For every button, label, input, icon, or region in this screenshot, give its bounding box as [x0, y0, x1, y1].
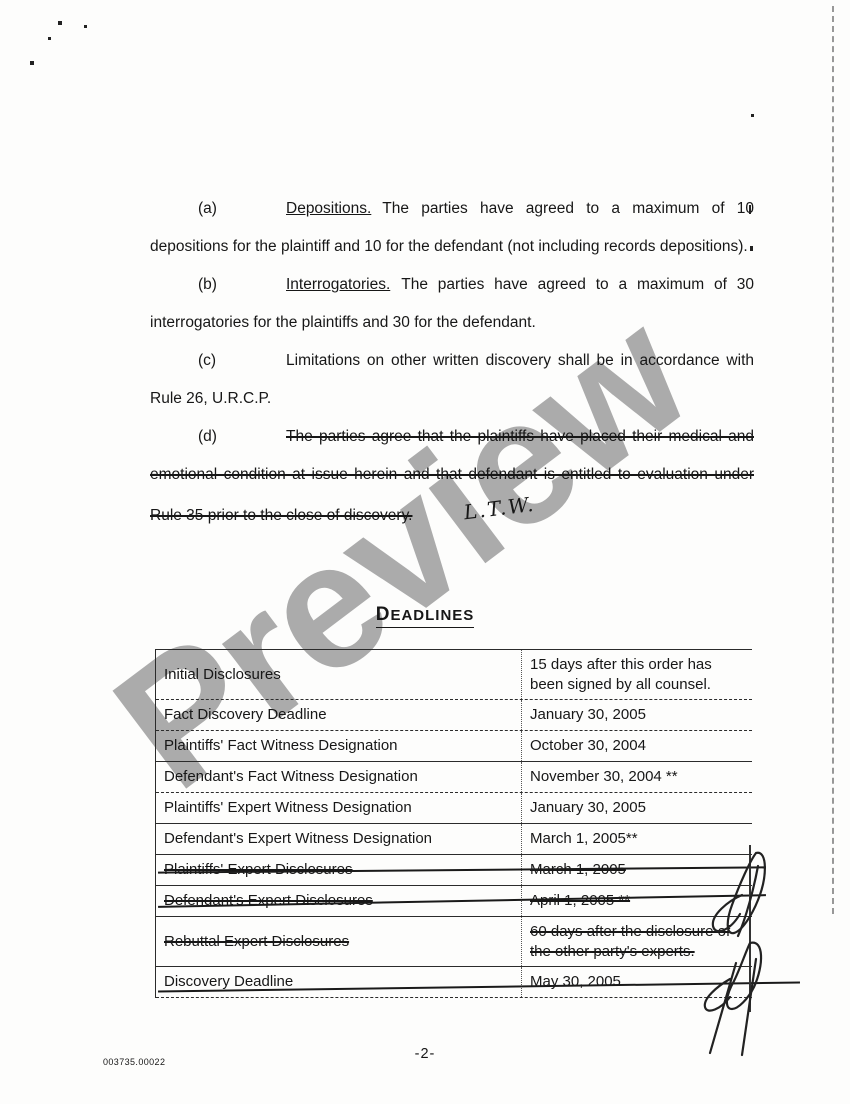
- scan-speck: [58, 21, 62, 25]
- table-row: Plaintiffs' Fact Witness Designation Oct…: [156, 731, 752, 762]
- table-row-struck: Discovery Deadline May 30, 2005: [156, 967, 752, 998]
- paragraph-a: (a)Depositions.The parties have agreed t…: [150, 190, 754, 266]
- table-row: Fact Discovery Deadline January 30, 2005: [156, 700, 752, 731]
- paragraph-label: (d): [198, 418, 286, 456]
- deadline-item: Plaintiffs' Fact Witness Designation: [156, 733, 521, 759]
- handwritten-initials: L.T.W.: [414, 485, 538, 537]
- paragraph-c: (c)Limitations on other written discover…: [150, 342, 754, 418]
- scan-speck: [751, 114, 754, 117]
- paragraph-label: (a): [198, 190, 286, 228]
- table-row-struck: Plaintiffs' Expert Disclosures March 1, …: [156, 855, 752, 886]
- deadline-item: Defendant's Expert Witness Designation: [156, 826, 521, 852]
- scan-speck: [749, 205, 751, 214]
- scan-speck: [48, 37, 51, 40]
- body-text: (a)Depositions.The parties have agreed t…: [150, 190, 754, 535]
- scanned-document-page: Preview (a)Depositions.The parties have …: [0, 0, 850, 1104]
- scan-speck: [30, 61, 34, 65]
- scan-edge-artifact-line: [832, 6, 834, 914]
- table-row: Defendant's Expert Witness Designation M…: [156, 824, 752, 855]
- deadline-value: January 30, 2005: [521, 700, 752, 730]
- table-row: Defendant's Fact Witness Designation Nov…: [156, 762, 752, 793]
- deadline-item: Defendant's Fact Witness Designation: [156, 764, 521, 790]
- table-row: Initial Disclosures 15 days after this o…: [156, 650, 752, 700]
- deadline-value: October 30, 2004: [521, 731, 752, 761]
- deadline-item: Plaintiffs' Expert Witness Designation: [156, 795, 521, 821]
- deadline-value: January 30, 2005: [521, 793, 752, 823]
- deadline-item: Initial Disclosures: [156, 662, 521, 688]
- paragraph-b: (b)Interrogatories.The parties have agre…: [150, 266, 754, 342]
- scan-speck: [750, 246, 753, 251]
- paragraph-heading: Depositions.: [286, 200, 371, 217]
- paragraph-heading: Interrogatories.: [286, 276, 390, 293]
- table-row-struck: Defendant's Expert Disclosures April 1, …: [156, 886, 752, 917]
- pen-scrawl-initials-upper: [698, 848, 776, 943]
- pen-scrawl-initials-lower: [690, 935, 780, 1057]
- deadline-item: Rebuttal Expert Disclosures: [156, 929, 521, 955]
- deadline-item: Fact Discovery Deadline: [156, 702, 521, 728]
- deadlines-table: Initial Disclosures 15 days after this o…: [155, 649, 752, 998]
- scan-speck: [84, 25, 87, 28]
- paragraph-label: (c): [198, 342, 286, 380]
- table-row: Plaintiffs' Expert Witness Designation J…: [156, 793, 752, 824]
- paragraph-d: (d)The parties agree that the plaintiffs…: [150, 418, 754, 535]
- deadline-value: November 30, 2004 **: [521, 762, 752, 792]
- document-content: (a)Depositions.The parties have agreed t…: [0, 0, 850, 1104]
- table-row-struck: Rebuttal Expert Disclosures 60 days afte…: [156, 917, 752, 967]
- paragraph-label: (b): [198, 266, 286, 304]
- deadline-value: 15 days after this order has been signed…: [521, 650, 752, 699]
- deadlines-heading: DEADLINES: [0, 604, 850, 628]
